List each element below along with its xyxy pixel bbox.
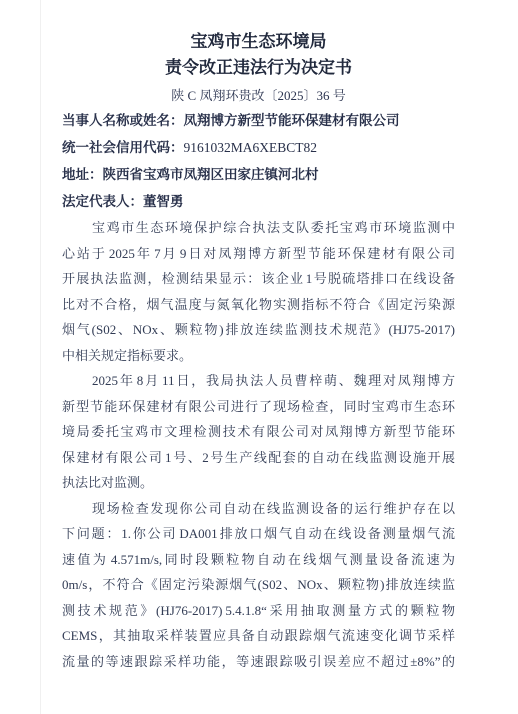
body-text-line: 速值为 4.571m/s,同时段颗粒物自动在线烟气测量设备流速为	[62, 547, 455, 573]
body-text-line: 心站于 2025 年 7 月 9 日对凤翔博方新型节能环保建材有限公司	[62, 241, 455, 267]
body-text-line: 现场检查发现你公司自动在线监测设备的运行维护存在以	[62, 496, 455, 522]
party-list: 当事人名称或姓名：凤翔博方新型节能环保建材有限公司统一社会信用代码：916103…	[62, 107, 455, 215]
party-label: 当事人名称或姓名：	[62, 113, 184, 128]
body-text-line: 测技术规范》(HJ76-2017) 5.4.1.8“采用抽取测量方式的颗粒物	[62, 598, 455, 624]
body-text-line: 中相关规定指标要求。	[62, 343, 455, 369]
document-title: 责令改正违法行为决定书	[62, 57, 455, 79]
body-text-line: 新型节能环保建材有限公司进行了现场检查，同时宝鸡市生态环	[62, 394, 455, 420]
document-number: 陕 C 凤翔环贵改〔2025〕36 号	[62, 87, 455, 105]
body-text-line: 开展执法监测，检测结果显示：该企业 1 号脱硫塔排口在线设备	[62, 266, 455, 292]
body-lines: 宝鸡市生态环境保护综合执法支队委托宝鸡市环境监测中心站于 2025 年 7 月 …	[62, 215, 455, 674]
document-content: 宝鸡市生态环境局 责令改正违法行为决定书 陕 C 凤翔环贵改〔2025〕36 号…	[62, 0, 455, 674]
party-row: 统一社会信用代码：9161032MA6XEBCT82	[62, 134, 455, 161]
body-text-line: 境局委托宝鸡市文理检测技术有限公司对凤翔博方新型节能环	[62, 419, 455, 445]
party-label: 地址：	[62, 167, 103, 182]
party-row: 法定代表人：董智勇	[62, 188, 455, 215]
body-text-line: 执法比对监测。	[62, 470, 455, 496]
body-text-line: 2025 年 8 月 11 日，我局执法人员曹梓萌、魏理对凤翔博方	[62, 368, 455, 394]
party-value: 凤翔博方新型节能环保建材有限公司	[184, 113, 400, 128]
party-label: 法定代表人：	[62, 194, 143, 209]
body-text-line: 比对不合格，烟气温度与氮氧化物实测指标不符合《固定污染源	[62, 292, 455, 318]
party-value: 董智勇	[143, 194, 184, 209]
party-label: 统一社会信用代码：	[62, 140, 184, 155]
body-text-line: 流量的等速跟踪采样功能，等速跟踪吸引误差应不超过±8%”的	[62, 649, 455, 675]
scanned-document-page: 宝鸡市生态环境局 责令改正违法行为决定书 陕 C 凤翔环贵改〔2025〕36 号…	[0, 0, 518, 714]
party-value: 9161032MA6XEBCT82	[184, 140, 318, 155]
body-text-line: 保建材有限公司 1 号、2 号生产线配套的自动在线监测设施开展	[62, 445, 455, 471]
body-text-line: 烟气(S02、NOx、颗粒物)排放连续监测技术规范》(HJ75-2017)	[62, 317, 455, 343]
body-text-line: 下问题：1.你公司 DA001 排放口烟气自动在线设备测量烟气流	[62, 521, 455, 547]
scan-edge-line	[40, 0, 41, 714]
body-text-line: 宝鸡市生态环境保护综合执法支队委托宝鸡市环境监测中	[62, 215, 455, 241]
agency-title: 宝鸡市生态环境局	[62, 31, 455, 53]
party-value: 陕西省宝鸡市凤翔区田家庄镇河北村	[103, 167, 319, 182]
party-row: 地址：陕西省宝鸡市凤翔区田家庄镇河北村	[62, 161, 455, 188]
body-text-line: CEMS，其抽取采样装置应具备自动跟踪烟气流速变化调节采样	[62, 623, 455, 649]
body-text-line: 0m/s，不符合《固定污染源烟气(S02、NOx、颗粒物)排放连续监	[62, 572, 455, 598]
party-row: 当事人名称或姓名：凤翔博方新型节能环保建材有限公司	[62, 107, 455, 134]
